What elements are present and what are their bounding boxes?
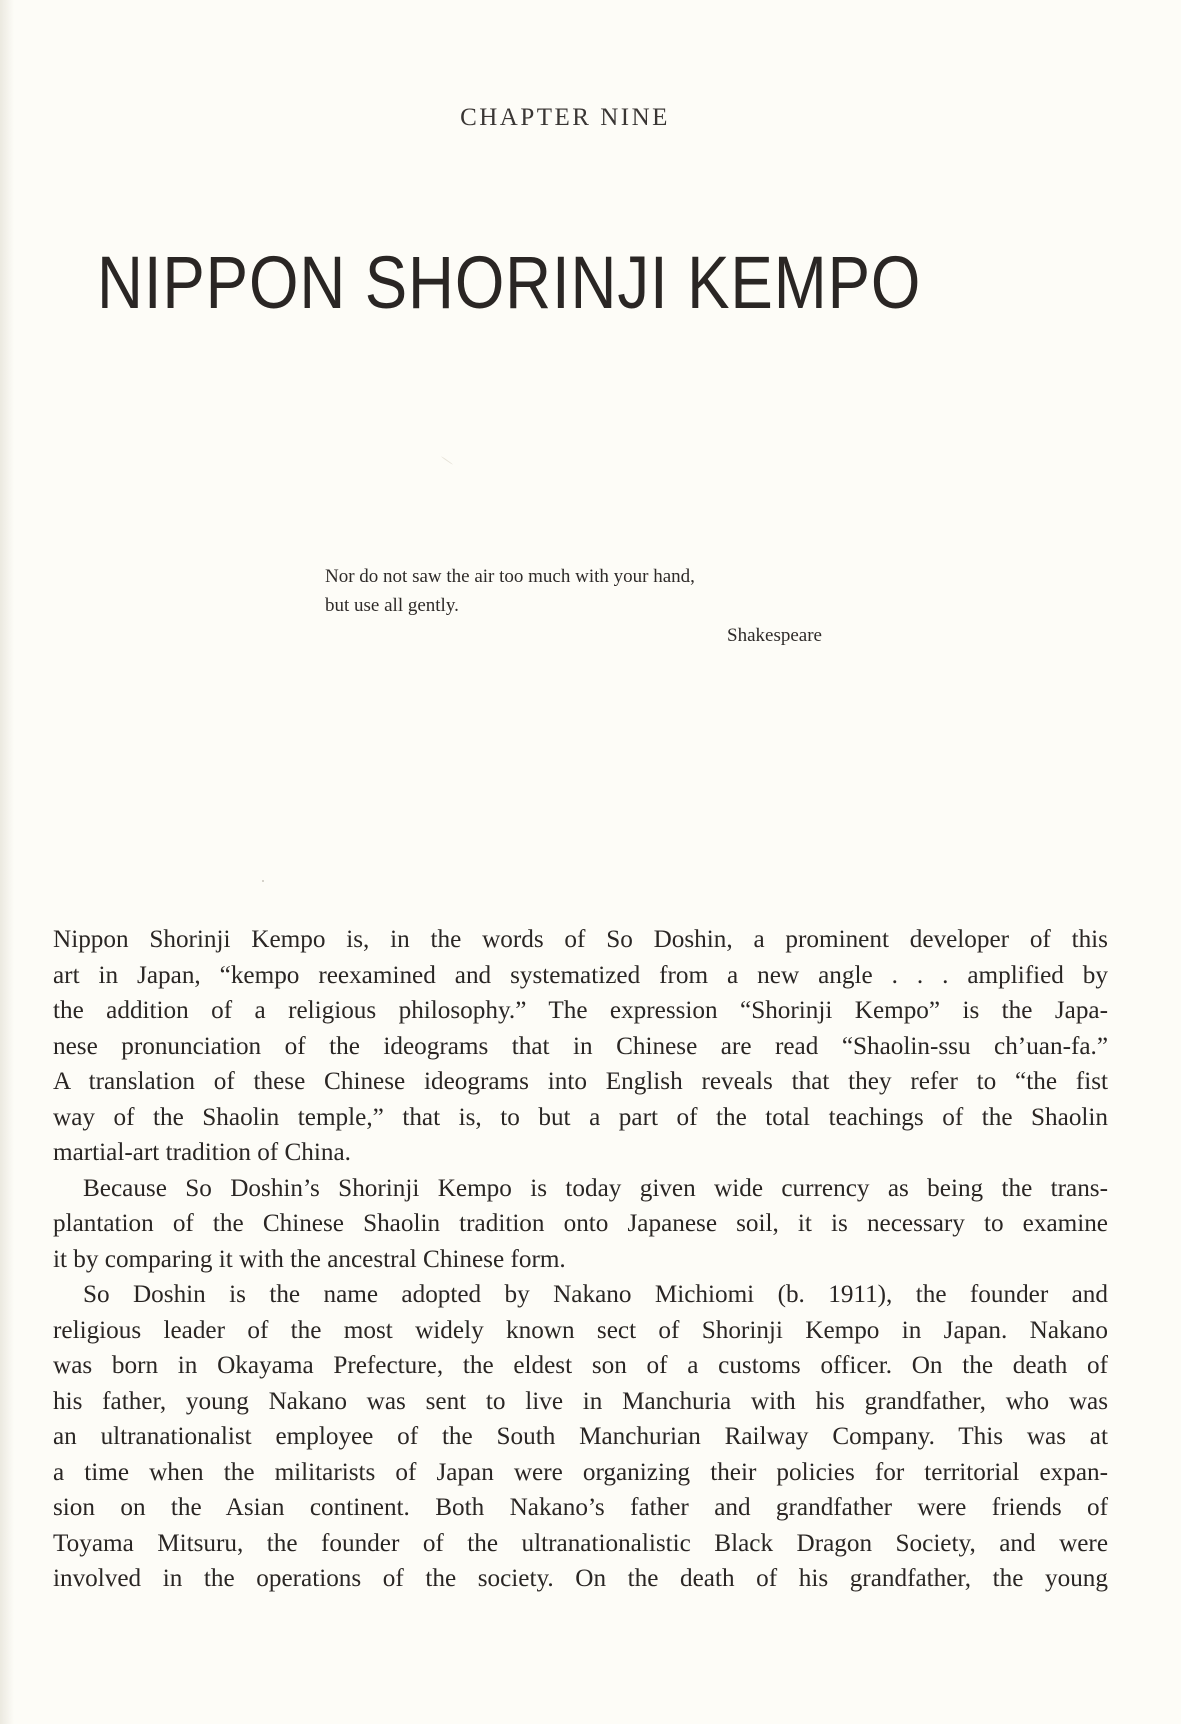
paragraph-2: Because So Doshin’s Shorinji Kempo is to… xyxy=(53,1171,1108,1278)
epigraph-attribution: Shakespeare xyxy=(325,621,822,650)
chapter-label: CHAPTER NINE xyxy=(0,104,1130,132)
paper-mark xyxy=(441,456,453,465)
paragraph-3: So Doshin is the name adopted by Nakano … xyxy=(53,1277,1108,1597)
page-edge-shadow xyxy=(0,0,14,1724)
text-line: the addition of a religious philosophy.”… xyxy=(53,993,1108,1029)
chapter-title: NIPPON SHORINJI KEMPO xyxy=(97,246,923,320)
text-line: Nippon Shorinji Kempo is, in the words o… xyxy=(53,922,1108,958)
text-line: a time when the militarists of Japan wer… xyxy=(53,1455,1108,1491)
text-line: A translation of these Chinese ideograms… xyxy=(53,1064,1108,1100)
epigraph: Nor do not saw the air too much with you… xyxy=(325,562,825,650)
text-line: an ultranationalist employee of the Sout… xyxy=(53,1419,1108,1455)
text-line: involved in the operations of the societ… xyxy=(53,1561,1108,1597)
text-line: Because So Doshin’s Shorinji Kempo is to… xyxy=(53,1171,1108,1207)
text-line: religious leader of the most widely know… xyxy=(53,1313,1108,1349)
text-line: Toyama Mitsuru, the founder of the ultra… xyxy=(53,1526,1108,1562)
paragraph-1: Nippon Shorinji Kempo is, in the words o… xyxy=(53,922,1108,1171)
text-line: was born in Okayama Prefecture, the elde… xyxy=(53,1348,1108,1384)
text-line: nese pronunciation of the ideograms that… xyxy=(53,1029,1108,1065)
epigraph-line: Nor do not saw the air too much with you… xyxy=(325,562,825,591)
text-line: martial-art tradition of China. xyxy=(53,1135,1108,1171)
body-text: Nippon Shorinji Kempo is, in the words o… xyxy=(53,922,1108,1597)
text-line: sion on the Asian continent. Both Nakano… xyxy=(53,1490,1108,1526)
text-line: art in Japan, “kempo reexamined and syst… xyxy=(53,958,1108,994)
text-line: way of the Shaolin temple,” that is, to … xyxy=(53,1100,1108,1136)
text-line: it by comparing it with the ancestral Ch… xyxy=(53,1242,1108,1278)
text-line: So Doshin is the name adopted by Nakano … xyxy=(53,1277,1108,1313)
text-line: his father, young Nakano was sent to liv… xyxy=(53,1384,1108,1420)
epigraph-line: but use all gently. xyxy=(325,591,825,620)
text-line: plantation of the Chinese Shaolin tradit… xyxy=(53,1206,1108,1242)
paper-speck xyxy=(262,880,264,882)
